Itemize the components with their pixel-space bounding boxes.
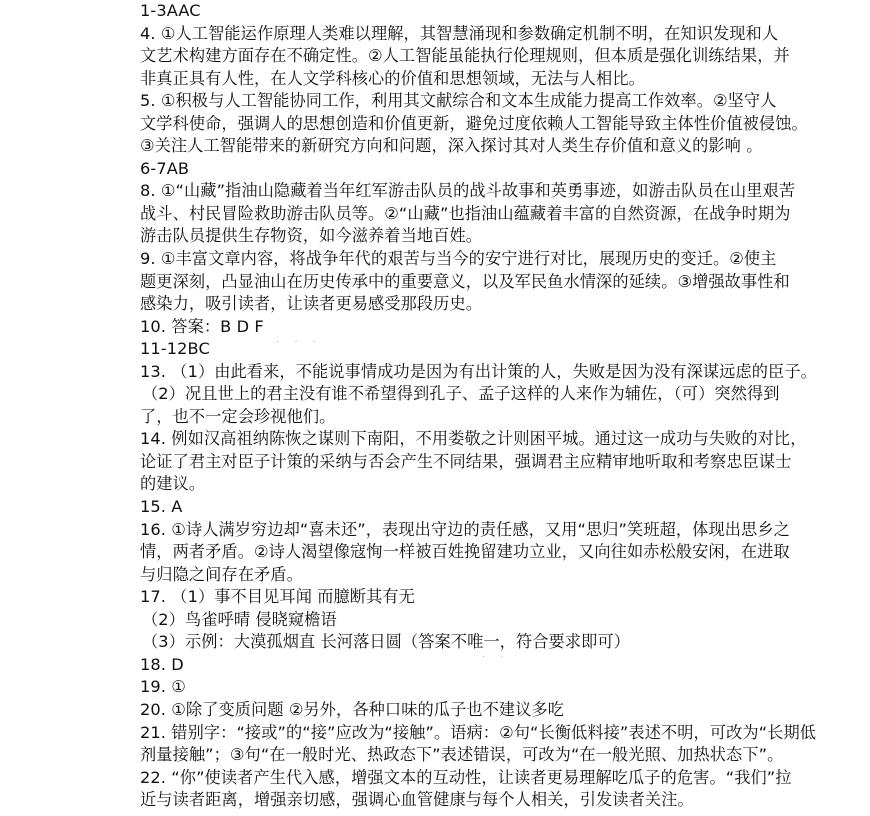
- answer-4-line-3: 非真正具有人性，在人文学科核心的价值和思想领域，无法与人相比。: [140, 68, 736, 91]
- answer-13-part-1: 13. （1）由此看来，不能说事情成功是因为有出计策的人，失败是因为没有深谋远虑…: [140, 361, 736, 384]
- scan-artifact-dots: · · ·: [276, 337, 322, 348]
- answer-4-line-1: 4. ①人工智能运作原理人类难以理解，其智慧涌现和参数确定机制不明，在知识发现和…: [140, 23, 736, 46]
- answer-13-part-2-line-1: （2）况且世上的君主没有谁不希望得到孔子、孟子这样的人来作为辅佐，（可）突然得到: [140, 383, 736, 406]
- answer-14-line-2: 论证了君主对臣子计策的采纳与否会产生不同结果，强调君主应精审地听取和考察忠臣谋士: [140, 451, 736, 474]
- answer-8-line-3: 游击队员提供生存物资，如今滋养着当地百姓。: [140, 225, 736, 248]
- answer-19: 19. ①: [140, 676, 736, 699]
- answer-5-line-1: 5. ①积极与人工智能协同工作，利用其文献综合和文本生成能力提高工作效率。②坚守…: [140, 90, 736, 113]
- answer-22-line-1: 22. “你”使读者产生代入感，增强文本的互动性，让读者更易理解吃瓜子的危害。“…: [140, 767, 736, 790]
- answer-16-line-1: 16. ①诗人满岁穷边却“喜未还”，表现出守边的责任感，又用“思归”笑班超，体现…: [140, 519, 736, 542]
- answer-16-line-2: 情，两者矛盾。②诗人渴望像寇恂一样被百姓挽留建功立业，又向往如赤松般安闲，在进取: [140, 541, 736, 564]
- answer-4-line-2: 文艺术构建方面存在不确定性。②人工智能虽能执行伦理规则，但本质是强化训练结果，并: [140, 45, 736, 68]
- answer-21-line-2: 剂量接触”；③句“在一般时光、热政态下”表述错误，可改为“在一般光照、加热状态下…: [140, 744, 736, 767]
- answer-20: 20. ①除了变质问题 ②另外，各种口味的瓜子也不建议多吃: [140, 699, 736, 722]
- answer-9-line-3: 感染力，吸引读者，让读者更易感受那段历史。: [140, 293, 736, 316]
- answer-6-7: 6-7AB: [140, 158, 736, 181]
- answer-11-12: 11-12BC: [140, 338, 736, 361]
- answer-5-line-2: 文学科使命，强调人的思想创造和价值更新，避免过度依赖人工智能导致主体性价值被侵蚀…: [140, 113, 736, 136]
- answer-key-document: 1-3AAC 4. ①人工智能运作原理人类难以理解，其智慧涌现和参数确定机制不明…: [140, 0, 736, 812]
- answer-17-part-1: 17. （1）事不目见耳闻 而臆断其有无: [140, 586, 736, 609]
- answer-10: 10. 答案：B D F: [140, 316, 736, 339]
- answer-9-line-2: 题更深刻，凸显油山在历史传承中的重要意义，以及军民鱼水情深的延续。③增强故事性和: [140, 271, 736, 294]
- answer-18: 18. D: [140, 654, 736, 677]
- answer-17-part-3: （3）示例：大漠孤烟直 长河落日圆（答案不唯一，符合要求即可）: [140, 631, 736, 654]
- scan-artifact-dots: · ·: [482, 652, 510, 663]
- answer-8-line-1: 8. ①“山藏”指油山隐藏着当年红军游击队员的战斗故事和英勇事迹，如游击队员在山…: [140, 180, 736, 203]
- answer-8-line-2: 战斗、村民冒险救助游击队员等。②“山藏”也指油山蕴藏着丰富的自然资源，在战争时期…: [140, 203, 736, 226]
- answer-14-line-3: 的建议。: [140, 473, 736, 496]
- answer-14-line-1: 14. 例如汉高祖纳陈恢之谋则下南阳，不用娄敬之计则困平城。通过这一成功与失败的…: [140, 428, 736, 451]
- answer-9-line-1: 9. ①丰富文章内容，将战争年代的艰苦与当今的安宁进行对比，展现历史的变迁。②使…: [140, 248, 736, 271]
- answer-21-line-1: 21. 错别字：“接或”的“接”应改为“接触”。语病：②句“长衡低料接”表述不明…: [140, 722, 736, 745]
- answer-13-part-2-line-2: 了，也不一定会珍视他们。: [140, 406, 736, 429]
- answer-17-part-2: （2）鸟雀呼晴 侵晓窥檐语: [140, 609, 736, 632]
- answer-16-line-3: 与归隐之间存在矛盾。: [140, 564, 736, 587]
- answer-22-line-2: 近与读者距离，增强亲切感，强调心血管健康与每个人相关，引发读者关注。: [140, 789, 736, 812]
- answer-15: 15. A: [140, 496, 736, 519]
- answer-5-line-3: ③关注人工智能带来的新研究方向和问题，深入探讨其对人类生存价值和意义的影响 。: [140, 135, 736, 158]
- answer-1-3: 1-3AAC: [140, 0, 736, 23]
